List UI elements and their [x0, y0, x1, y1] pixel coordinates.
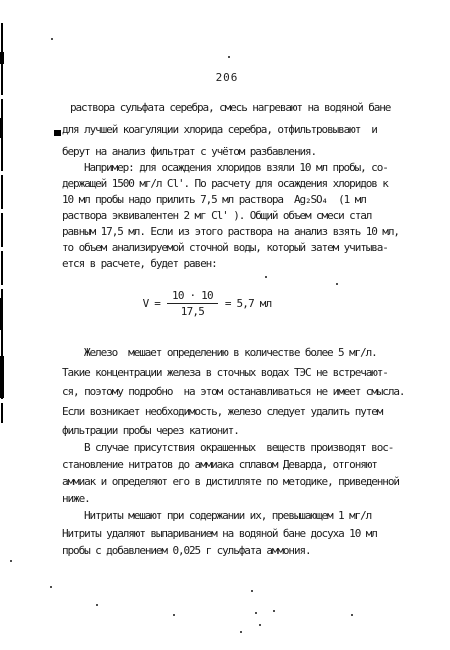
text-line: В случае присутствия окрашенных веществ …	[62, 439, 402, 456]
paragraph: Нитриты мешают при содержании их, превыш…	[62, 507, 402, 560]
text-line: пробы с добавлением 0,025 г сульфата амм…	[62, 542, 402, 560]
text-line: ется в расчете, будет равен:	[62, 256, 402, 272]
scan-speck	[259, 624, 261, 626]
scan-speck	[255, 612, 257, 614]
text-line: держащей 1500 мг/л Cl'. По расчету для о…	[62, 176, 402, 192]
scan-speck	[50, 586, 52, 588]
scan-gutter-blob	[0, 52, 4, 64]
scan-speck	[351, 614, 353, 616]
paragraph: Например: для осаждения хлоридов взяли 1…	[62, 160, 402, 272]
text-line: ся, поэтому подробно на этом останавлива…	[62, 382, 402, 402]
scanned-book-page: 206 раствора сульфата серебра, смесь наг…	[0, 0, 450, 650]
text-line: равным 17,5 мл. Если из этого раствора н…	[62, 224, 402, 240]
text-line: аммиак и определяют его в дистилляте по …	[62, 473, 402, 490]
text-line: 10 мл пробы надо прилить 7,5 мл раствора…	[62, 192, 402, 208]
page-number: 206	[62, 71, 392, 84]
scan-speck	[336, 283, 338, 285]
scan-gutter-blob	[0, 356, 4, 398]
text-line: раствора сульфата серебра, смесь нагрева…	[62, 97, 402, 119]
formula-numerator: 10 · 10	[167, 289, 218, 304]
formula-fraction: 10 · 10 17,5	[167, 289, 218, 318]
formula-denominator: 17,5	[181, 304, 204, 318]
paragraph: В случае присутствия окрашенных веществ …	[62, 439, 402, 507]
paragraph: раствора сульфата серебра, смесь нагрева…	[62, 97, 402, 163]
text-line: Нитриты мешают при содержании их, превыш…	[62, 507, 402, 525]
scan-gutter-blob	[0, 118, 3, 138]
formula-rhs: = 5,7 мл	[225, 297, 272, 310]
scan-speck	[10, 560, 12, 562]
scan-gutter-blob	[0, 298, 3, 330]
text-line: Железо мешает определению в количестве б…	[62, 343, 402, 363]
formula: V = 10 · 10 17,5 = 5,7 мл	[42, 289, 372, 318]
text-line: то объем анализируемой сточной воды, кот…	[62, 240, 402, 256]
text-line: раствора эквивалентен 2 мг Cl' ). Общий …	[62, 208, 402, 224]
text-line: становление нитратов до аммиака сплавом …	[62, 456, 402, 473]
text-line: Например: для осаждения хлоридов взяли 1…	[62, 160, 402, 176]
ink-blot	[54, 130, 61, 136]
formula-lhs: V =	[143, 297, 160, 310]
scan-speck	[96, 604, 98, 606]
scan-speck	[265, 276, 267, 278]
scan-speck	[273, 610, 275, 612]
text-line: фильтрации пробы через катионит.	[62, 421, 402, 441]
scan-speck	[173, 614, 175, 616]
paragraph: Железо мешает определению в количестве б…	[62, 343, 402, 441]
scan-speck	[240, 631, 242, 633]
scan-speck	[51, 38, 53, 40]
text-line: Такие концентрации железа в сточных вода…	[62, 363, 402, 383]
text-line: Если возникает необходимость, железо сле…	[62, 402, 402, 422]
scan-speck	[251, 590, 253, 592]
text-line: для лучшей коагуляции хлорида серебра, о…	[62, 119, 402, 141]
text-line: Нитриты удаляют выпариванием на водяной …	[62, 525, 402, 543]
scan-speck	[228, 56, 230, 58]
text-line: ниже.	[62, 490, 402, 507]
